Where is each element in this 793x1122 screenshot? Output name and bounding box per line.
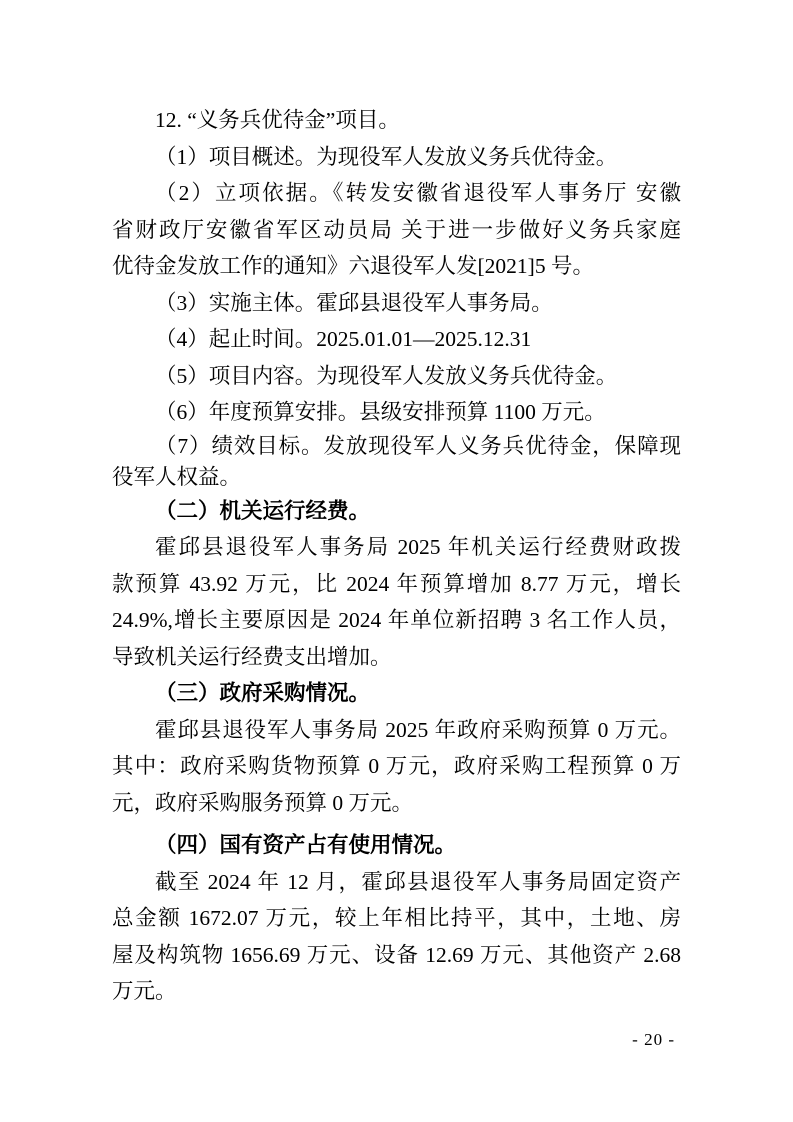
text-line: （6）年度预算安排。县级安排预算 1100 万元。 <box>112 394 681 431</box>
document-page: 12. “义务兵优待金”项目。（1）项目概述。为现役军人发放义务兵优待金。（2）… <box>0 0 793 1122</box>
text-line: 役军人权益。 <box>112 462 681 493</box>
text-line: （5）项目内容。为现役军人发放义务兵优待金。 <box>112 358 681 395</box>
text-line: 24.9%,增长主要原因是 2024 年单位新招聘 3 名工作人员， <box>112 602 681 639</box>
text-line: （二）机关运行经费。 <box>112 493 681 530</box>
text-line: 霍邱县退役军人事务局 2025 年政府采购预算 0 万元。 <box>112 712 681 749</box>
text-line: 屋及构筑物 1656.69 万元、设备 12.69 万元、其他资产 2.68 <box>112 937 681 974</box>
text-line: （7）绩效目标。发放现役军人义务兵优待金，保障现 <box>112 431 681 462</box>
page-number: - 20 - <box>632 1028 675 1052</box>
text-line: 截至 2024 年 12 月，霍邱县退役军人事务局固定资产 <box>112 864 681 901</box>
text-line: 万元。 <box>112 973 681 1010</box>
text-line: 其中：政府采购货物预算 0 万元，政府采购工程预算 0 万 <box>112 748 681 785</box>
text-line: （4）起止时间。2025.01.01—2025.12.31 <box>112 321 681 358</box>
text-line: （四）国有资产占有使用情况。 <box>112 827 681 864</box>
document-body: 12. “义务兵优待金”项目。（1）项目概述。为现役军人发放义务兵优待金。（2）… <box>112 102 681 1010</box>
text-line: 导致机关运行经费支出增加。 <box>112 639 681 676</box>
text-line: 元，政府采购服务预算 0 万元。 <box>112 785 681 822</box>
text-line: 总金额 1672.07 万元，较上年相比持平，其中，土地、房 <box>112 900 681 937</box>
text-line: （1）项目概述。为现役军人发放义务兵优待金。 <box>112 139 681 176</box>
text-line: 款预算 43.92 万元，比 2024 年预算增加 8.77 万元，增长 <box>112 566 681 603</box>
text-line: （2）立项依据。《转发安徽省退役军人事务厅 安徽 <box>112 175 681 212</box>
text-line: （3）实施主体。霍邱县退役军人事务局。 <box>112 285 681 322</box>
text-line: 优待金发放工作的通知》六退役军人发[2021]5 号。 <box>112 248 681 285</box>
text-line: 12. “义务兵优待金”项目。 <box>112 102 681 139</box>
text-line: 省财政厅安徽省军区动员局 关于进一步做好义务兵家庭 <box>112 212 681 249</box>
text-line: 霍邱县退役军人事务局 2025 年机关运行经费财政拨 <box>112 529 681 566</box>
text-line: （三）政府采购情况。 <box>112 675 681 712</box>
